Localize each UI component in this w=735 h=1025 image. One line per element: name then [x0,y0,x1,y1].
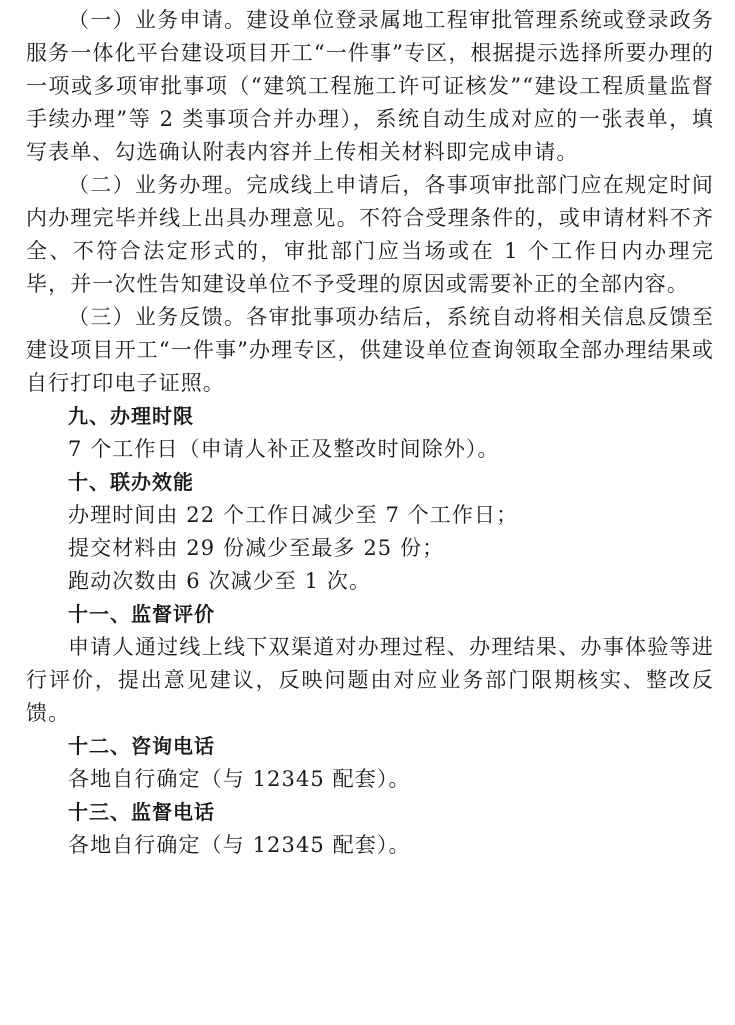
section-heading-time-limit: 九、办理时限 [26,400,714,433]
evaluation-text: 申请人通过线上线下双渠道对办理过程、办理结果、办事体验等进行评价，提出意见建议，… [26,631,714,730]
supervise-phone-text: 各地自行确定（与 12345 配套）。 [26,829,714,862]
efficiency-item: 提交材料由 29 份减少至最多 25 份； [26,532,714,565]
efficiency-item: 跑动次数由 6 次减少至 1 次。 [26,565,714,598]
section-heading-supervise-phone: 十三、监督电话 [26,796,714,829]
paragraph-business-application: （一）业务申请。建设单位登录属地工程审批管理系统或登录政务服务一体化平台建设项目… [26,4,714,169]
document-page: （一）业务申请。建设单位登录属地工程审批管理系统或登录政务服务一体化平台建设项目… [26,4,714,862]
time-limit-text: 7 个工作日（申请人补正及整改时间除外）。 [26,433,714,466]
efficiency-item: 办理时间由 22 个工作日减少至 7 个工作日； [26,499,714,532]
section-heading-consult-phone: 十二、咨询电话 [26,730,714,763]
section-heading-efficiency: 十、联办效能 [26,466,714,499]
paragraph-business-processing: （二）业务办理。完成线上申请后，各事项审批部门应在规定时间内办理完毕并线上出具办… [26,169,714,301]
section-heading-evaluation: 十一、监督评价 [26,598,714,631]
consult-phone-text: 各地自行确定（与 12345 配套）。 [26,763,714,796]
paragraph-business-feedback: （三）业务反馈。各审批事项办结后，系统自动将相关信息反馈至建设项目开工“一件事”… [26,301,714,400]
